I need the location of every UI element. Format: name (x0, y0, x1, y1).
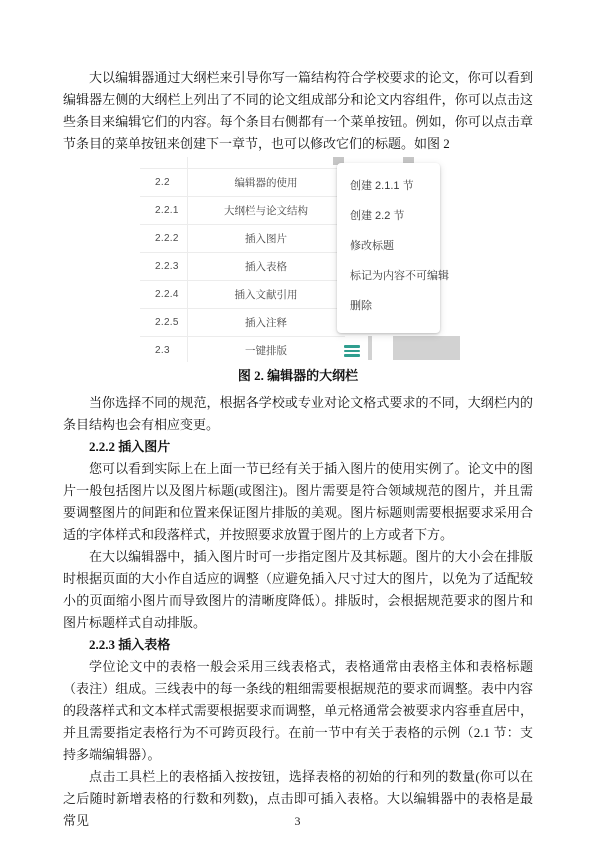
figure-2: 2.2 编辑器的使用 2.2.1 大纲栏与论文结构 2.2.2 插入图片 2.2… (63, 157, 533, 384)
document-page: 大以编辑器通过大纲栏来引导你写一篇结构符合学校要求的论文，你可以看到编辑器左侧的… (0, 0, 595, 842)
menu-item-delete: 删除 (337, 291, 440, 321)
figure-caption: 图 2. 编辑器的大纲栏 (63, 368, 533, 384)
outline-row: 2.2.2 插入图片 (140, 225, 345, 253)
menu-item-mark-noneditable: 标记为内容不可编辑 (337, 261, 440, 291)
outline-row: 2.2 编辑器的使用 (140, 169, 345, 197)
menu-item-create-subsection: 创建 2.1.1 节 (337, 171, 440, 201)
outline-row-label: 插入表格 (187, 259, 345, 274)
outline-row-number: 2.2.4 (140, 289, 187, 300)
outline-row: 2.2.5 插入注释 (140, 309, 345, 337)
outline-row-number: 2.2.2 (140, 233, 187, 244)
menu-item-rename-title: 修改标题 (337, 231, 440, 261)
heading-insert-image: 2.2.2 插入图片 (63, 436, 533, 458)
outline-row-number: 2.2.1 (140, 205, 187, 216)
paragraph-insert-table-1: 学位论文中的表格一般会采用三线表格式，表格通常由表格主体和表格标题（表注）组成。… (63, 656, 533, 766)
outline-row-number: 2.2 (140, 177, 187, 188)
paragraph-insert-image-1: 您可以看到实际上在上面一节已经有关于插入图片的使用实例了。论文中的图片一般包括图… (63, 458, 533, 546)
paragraph-insert-image-2: 在大以编辑器中，插入图片时可一步指定图片及其标题。图片的大小会在排版时根据页面的… (63, 546, 533, 634)
outline-row-label: 插入文献引用 (187, 287, 345, 302)
outline-row-label: 大纲栏与论文结构 (187, 203, 345, 218)
outline-table: 2.2 编辑器的使用 2.2.1 大纲栏与论文结构 2.2.2 插入图片 2.2… (140, 168, 345, 362)
paragraph-spec-change: 当你选择不同的规范，根据各学校或专业对论文格式要求的不同，大纲栏内的条目结构也会… (63, 392, 533, 436)
outline-row-number: 2.2.3 (140, 261, 187, 272)
outline-row-number: 2.3 (140, 345, 187, 356)
outline-row: 2.2.4 插入文献引用 (140, 281, 345, 309)
paragraph-outline-intro: 大以编辑器通过大纲栏来引导你写一篇结构符合学校要求的论文，你可以看到编辑器左侧的… (63, 67, 533, 155)
page-number: 3 (0, 814, 595, 829)
outline-row: 2.2.1 大纲栏与论文结构 (140, 197, 345, 225)
menu-item-create-section: 创建 2.2 节 (337, 201, 440, 231)
outline-screenshot: 2.2 编辑器的使用 2.2.1 大纲栏与论文结构 2.2.2 插入图片 2.2… (137, 157, 467, 362)
background-fragment (372, 335, 393, 361)
outline-row-label: 编辑器的使用 (187, 175, 345, 190)
outline-row-label: 一键排版 (187, 343, 345, 358)
outline-row-label: 插入图片 (187, 231, 345, 246)
heading-insert-table: 2.2.3 插入表格 (63, 634, 533, 656)
outline-row: 2.2.3 插入表格 (140, 253, 345, 281)
outline-context-menu: 创建 2.1.1 节 创建 2.2 节 修改标题 标记为内容不可编辑 删除 (337, 163, 440, 333)
list-icon (344, 345, 360, 357)
outline-row-number: 2.2.5 (140, 317, 187, 328)
outline-row: 2.3 一键排版 (140, 337, 345, 362)
outline-row-label: 插入注释 (187, 315, 345, 330)
